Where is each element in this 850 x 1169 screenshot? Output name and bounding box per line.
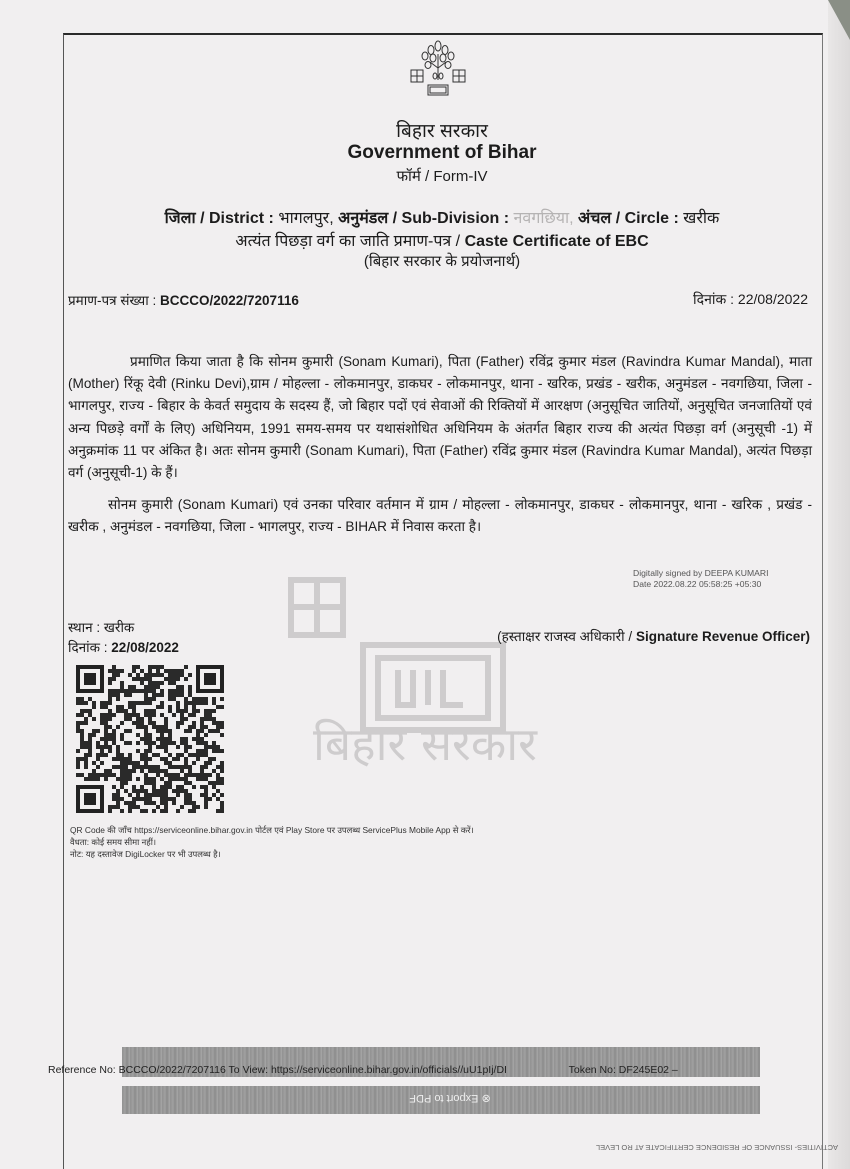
export-pdf-label: ⊗ Export to PDF xyxy=(380,1092,520,1105)
svg-text:बिहार सरकार: बिहार सरकार xyxy=(313,717,538,770)
qr-code-icon xyxy=(76,664,224,814)
paper-corner-fold xyxy=(828,0,850,40)
mirrored-bleed-text: ACTIVITIES- ISSUANCE OF RESIDENCE CERTIF… xyxy=(596,1143,838,1152)
bottom-date-value: 22/08/2022 xyxy=(111,640,179,655)
qr-note-validity: वैधता: कोई समय सीमा नहीं। xyxy=(70,836,474,848)
certificate-title-hindi: अत्यंत पिछड़ा वर्ग का जाति प्रमाण-पत्र / xyxy=(235,233,460,250)
place: स्थान : खरीक xyxy=(68,618,134,636)
place-label: स्थान : xyxy=(68,620,100,635)
district-value: भागलपुर, xyxy=(278,210,333,227)
issue-date-label: दिनांक : xyxy=(693,291,734,307)
govt-name-english: Government of Bihar xyxy=(63,142,821,164)
circle-value: खरीक xyxy=(683,210,719,227)
district-label: जिला / District : xyxy=(165,210,274,227)
signature-label: (हस्ताक्षर राजस्व अधिकारी / Signature Re… xyxy=(497,627,810,645)
form-number: फॉर्म / Form-IV xyxy=(63,166,821,186)
watermark-emblem-icon: बिहार सरकार xyxy=(283,560,583,770)
bottom-date-label: दिनांक : xyxy=(68,640,108,655)
digital-signature-signer: Digitally signed by DEEPA KUMARI xyxy=(633,568,768,579)
digital-signature: Digitally signed by DEEPA KUMARI Date 20… xyxy=(633,568,768,590)
govt-name-hindi: बिहार सरकार xyxy=(63,117,821,143)
certificate-title: अत्यंत पिछड़ा वर्ग का जाति प्रमाण-पत्र /… xyxy=(63,229,821,251)
certification-paragraph: प्रमाणित किया जाता है कि सोनम कुमारी (So… xyxy=(68,351,812,484)
certificate-number-label: प्रमाण-पत्र संख्या : xyxy=(68,293,156,308)
certificate-number-value: BCCCO/2022/7207116 xyxy=(160,293,299,308)
subdivision-label: अनुमंडल / Sub-Division : xyxy=(338,210,509,227)
paper-edge xyxy=(828,0,850,1169)
residence-paragraph: सोनम कुमारी (Sonam Kumari) एवं उनका परिव… xyxy=(68,494,812,538)
certificate-number: प्रमाण-पत्र संख्या : BCCCO/2022/7207116 xyxy=(68,291,299,309)
issue-date: दिनांक : 22/08/2022 xyxy=(693,290,808,309)
circle-label: अंचल / Circle : xyxy=(578,210,679,227)
location-line: जिला / District : भागलपुर, अनुमंडल / Sub… xyxy=(63,206,821,228)
qr-note-digilocker: नोट: यह दस्तावेज DigiLocker पर भी उपलब्ध… xyxy=(70,848,474,860)
place-value: खरीक xyxy=(104,620,134,635)
digital-signature-date: Date 2022.08.22 05:58:25 +05:30 xyxy=(633,579,768,590)
qr-notes: QR Code की जाँच https://serviceonline.bi… xyxy=(70,824,474,860)
issue-date-value: 22/08/2022 xyxy=(738,291,808,307)
qr-note-verify: QR Code की जाँच https://serviceonline.bi… xyxy=(70,824,474,836)
bottom-date: दिनांक : 22/08/2022 xyxy=(68,638,179,656)
reference-line: Reference No: BCCCO/2022/7207116 To View… xyxy=(48,1064,678,1076)
bihar-emblem-icon xyxy=(403,40,473,98)
subdivision-value: नवगछिया, xyxy=(514,210,574,227)
reference-link[interactable]: Reference No: BCCCO/2022/7207116 To View… xyxy=(48,1064,507,1076)
signature-label-english: Signature Revenue Officer) xyxy=(636,629,810,644)
certificate-title-english: Caste Certificate of EBC xyxy=(465,233,649,250)
token-number: Token No: DF245E02 – xyxy=(569,1064,678,1076)
signature-label-hindi: (हस्ताक्षर राजस्व अधिकारी / xyxy=(497,629,632,644)
certificate-purpose: (बिहार सरकार के प्रयोजनार्थ) xyxy=(63,251,821,271)
close-circle-icon: ⊗ xyxy=(481,1092,490,1104)
